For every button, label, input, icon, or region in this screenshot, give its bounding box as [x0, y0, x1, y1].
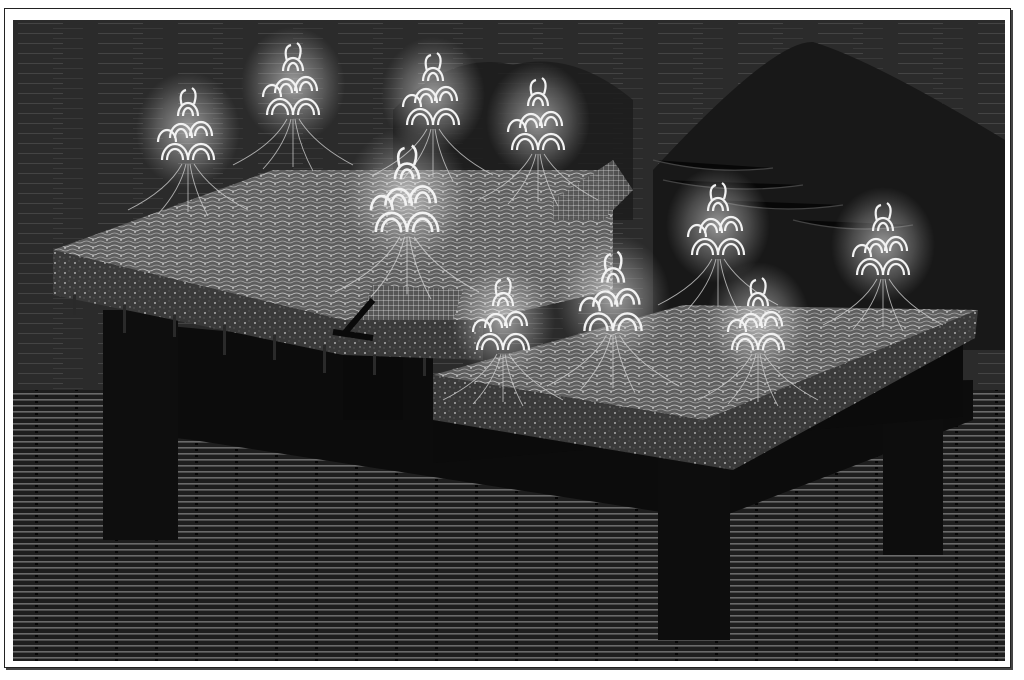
right-table-leg-front [658, 440, 730, 640]
woodcut-artwork [13, 20, 1005, 661]
left-table-leg [103, 310, 178, 540]
